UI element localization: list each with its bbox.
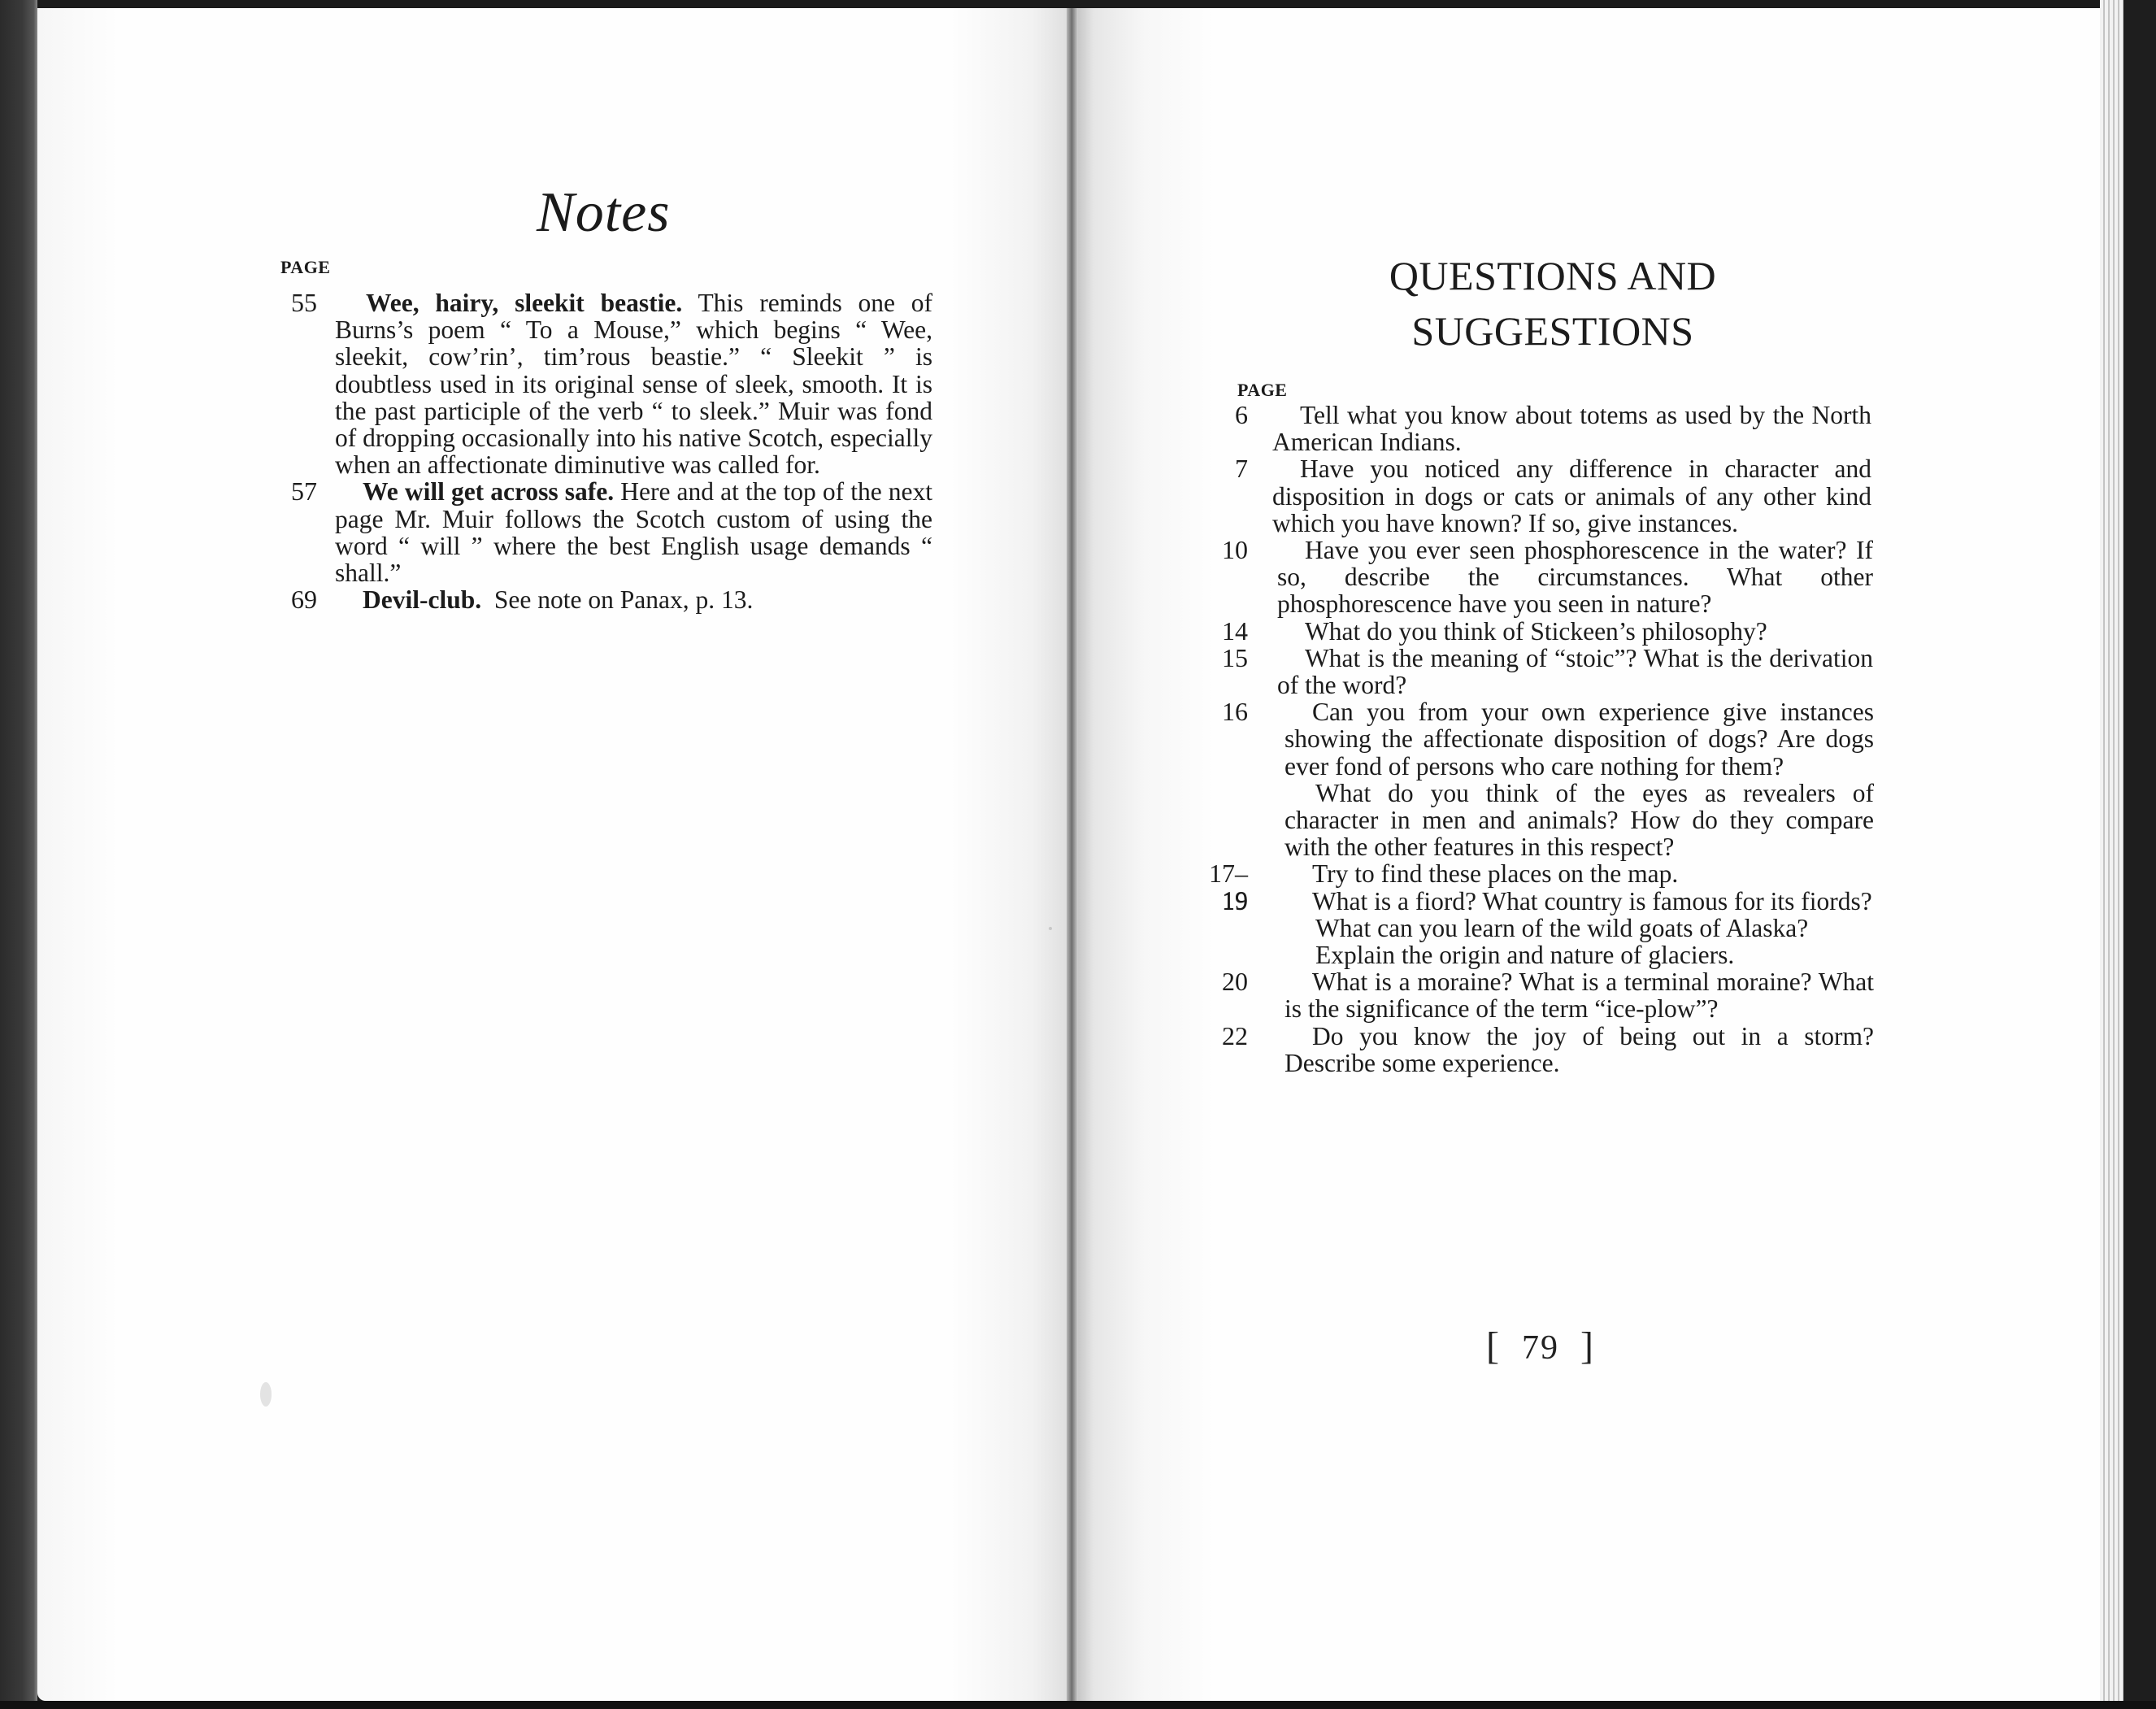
question-page-number: 20 <box>1187 968 1248 995</box>
note-page-number: 55 <box>291 289 324 316</box>
question-entry: 7 Have you noticed any difference in cha… <box>1224 455 1874 537</box>
question-entry: 10 Have you ever seen phosphorescence in… <box>1224 537 1874 618</box>
question-page-number: 14 <box>1187 618 1248 645</box>
question-text: Can you from your own experience give in… <box>1284 698 1874 780</box>
question-text: Tell what you know about totems as used … <box>1272 402 1871 455</box>
note-lead: Devil-club. <box>363 585 481 614</box>
question-text: Have you noticed any difference in chara… <box>1272 455 1871 537</box>
question-text: Do you know the joy of being out in a st… <box>1284 1023 1874 1076</box>
question-entry: 15 What is the meaning of “stoic”? What … <box>1224 645 1874 698</box>
question-page-number: 22 <box>1187 1023 1248 1050</box>
note-entry: 55 Wee, hairy, sleekit beastie. This rem… <box>293 289 935 478</box>
question-page-number: 16 <box>1187 698 1248 725</box>
question-entry: Explain the origin and nature of glacier… <box>1224 941 1874 968</box>
question-entry: 19 What is a fiord? What country is famo… <box>1224 888 1874 915</box>
question-page-number: 15 <box>1187 645 1248 672</box>
book-spread: Notes PAGE 55 Wee, hairy, sleekit beasti… <box>0 0 2156 1709</box>
question-text: Explain the origin and nature of glacier… <box>1284 941 1874 968</box>
note-entry: 57 We will get across safe. Here and at … <box>293 478 935 586</box>
notes-list: 55 Wee, hairy, sleekit beastie. This rem… <box>293 289 935 613</box>
question-text: What do you think of Stickeen’s philosop… <box>1277 618 1873 645</box>
note-text: Wee, hairy, sleekit beastie. This remind… <box>335 289 932 478</box>
book-spine-gutter <box>1067 8 1078 1701</box>
folio-close-bracket: ] <box>1580 1324 1595 1368</box>
question-entry: 17–19 Try to find these places on the ma… <box>1224 860 1874 887</box>
note-lead: We will get across safe. <box>363 477 614 506</box>
question-entry: 6 Tell what you know about totems as use… <box>1224 402 1874 455</box>
bottom-shadow-edge <box>0 1701 2156 1709</box>
question-text: What can you learn of the wild goats of … <box>1284 915 1874 941</box>
question-page-number: 10 <box>1187 537 1248 563</box>
question-entry: 16 Can you from your own experience give… <box>1224 698 1874 780</box>
question-text: What do you think of the eyes as reveale… <box>1284 780 1874 861</box>
question-entry: What do you think of the eyes as reveale… <box>1224 780 1874 861</box>
note-page-number: 69 <box>291 586 324 613</box>
folio-number: 79 <box>1522 1329 1559 1367</box>
right-cover-edge <box>2123 0 2156 1709</box>
page-column-label: PAGE <box>280 257 330 278</box>
note-page-number: 57 <box>291 478 324 505</box>
question-text: What is a moraine? What is a terminal mo… <box>1284 968 1874 1022</box>
questions-list: 6 Tell what you know about totems as use… <box>1224 402 1874 1076</box>
question-text: Have you ever seen phosphorescence in th… <box>1277 537 1873 618</box>
question-entry: What can you learn of the wild goats of … <box>1224 915 1874 941</box>
question-page-number: 7 <box>1187 455 1248 482</box>
paper-blemish <box>1049 927 1052 930</box>
question-entry: 20 What is a moraine? What is a terminal… <box>1224 968 1874 1022</box>
folio-open-bracket: [ <box>1486 1324 1501 1368</box>
left-cover-edge <box>0 0 37 1709</box>
note-text: Devil-club. See note on Panax, p. 13. <box>335 586 932 613</box>
page-stack-edge <box>2100 0 2124 1709</box>
top-shadow-edge <box>0 0 2156 8</box>
question-page-number: 6 <box>1187 402 1248 428</box>
note-body: See note on Panax, p. 13. <box>494 585 753 614</box>
question-text: Try to find these places on the map. <box>1284 860 1874 887</box>
question-entry: 14 What do you think of Stickeen’s philo… <box>1224 618 1874 645</box>
note-body: This reminds one of Burns’s poem “ To a … <box>335 289 932 479</box>
note-entry: 69 Devil-club. See note on Panax, p. 13. <box>293 586 935 613</box>
question-text: What is the meaning of “stoic”? What is … <box>1277 645 1873 698</box>
note-lead: Wee, hairy, sleekit beastie. <box>366 289 682 317</box>
note-text: We will get across safe. Here and at the… <box>335 478 932 586</box>
page-column-label: PAGE <box>1237 380 1287 401</box>
question-entry: 22 Do you know the joy of being out in a… <box>1224 1023 1874 1076</box>
paper-blemish <box>260 1382 272 1407</box>
notes-heading: Notes <box>537 180 670 246</box>
page-number-folio: [79] <box>1486 1324 1595 1368</box>
section-heading-line-2: SUGGESTIONS <box>1236 303 1870 359</box>
section-heading-line-1: QUESTIONS AND <box>1236 248 1870 303</box>
question-page-number: 19 <box>1187 888 1248 915</box>
question-text: What is a fiord? What country is famous … <box>1284 888 1874 915</box>
left-page <box>37 8 1073 1701</box>
